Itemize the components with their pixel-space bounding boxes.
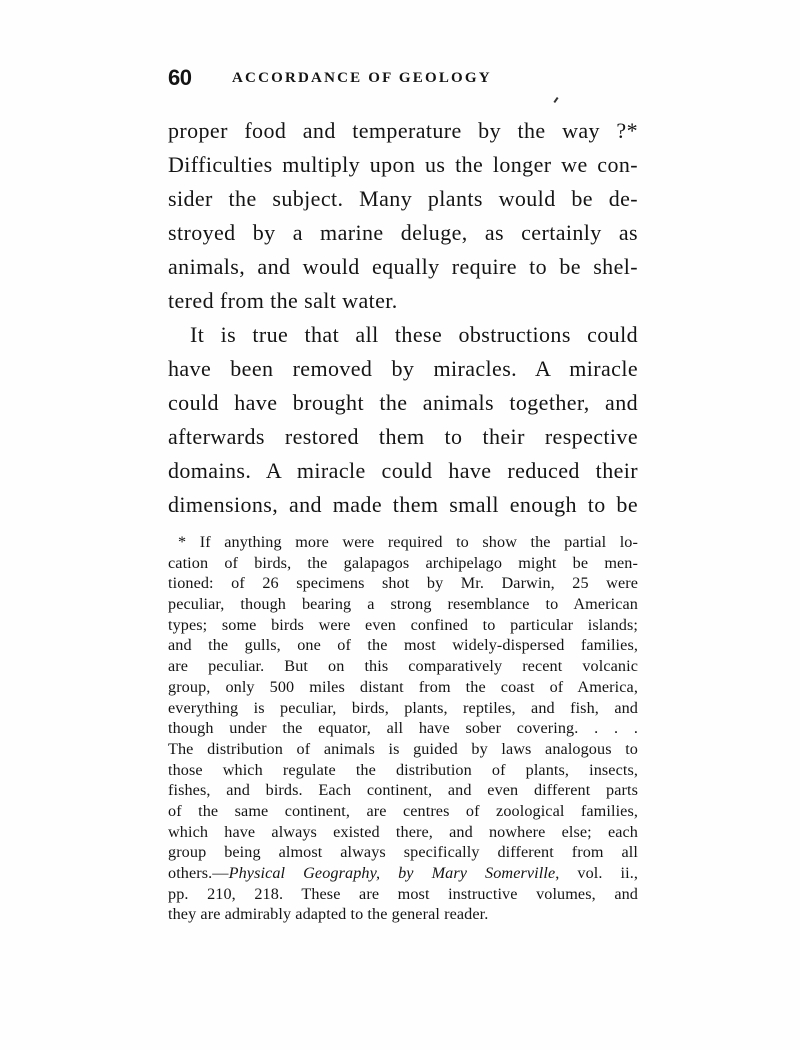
- footnote-line: they are admirably adapted to the genera…: [168, 904, 638, 925]
- footnote-line: group, only 500 miles distant from the c…: [168, 677, 638, 698]
- footnote-line: group being almost always specifically d…: [168, 842, 638, 863]
- text-line: stroyed by a marine deluge, as certainly…: [168, 216, 638, 250]
- footnote-line: pp. 210, 218. These are most instructive…: [168, 884, 638, 905]
- footnote-line: those which regulate the distribution of…: [168, 760, 638, 781]
- footnote-citation-line: others.—Physical Geography, by Mary Some…: [168, 863, 638, 884]
- text-line: domains. A miracle could have reduced th…: [168, 454, 638, 488]
- citation-book-title: Physical Geography: [229, 864, 376, 882]
- footnote-line: though under the equator, all have sober…: [168, 718, 638, 739]
- footnote-line: are peculiar. But on this comparatively …: [168, 656, 638, 677]
- footnote-line: everything is peculiar, birds, plants, r…: [168, 698, 638, 719]
- footnote-line: which have always existed there, and now…: [168, 822, 638, 843]
- text-line: have been removed by miracles. A miracle: [168, 352, 638, 386]
- footnote-line: fishes, and birds. Each continent, and e…: [168, 780, 638, 801]
- page-number: 60: [168, 64, 191, 92]
- running-title: ACCORDANCE OF GEOLOGY: [232, 67, 492, 89]
- running-head: 60 ACCORDANCE OF GEOLOGY: [168, 64, 638, 92]
- text-line: could have brought the animals together,…: [168, 386, 638, 420]
- footnote-line: and the gulls, one of the most widely-di…: [168, 635, 638, 656]
- text-line: afterwards restored them to their respec…: [168, 420, 638, 454]
- text-line: It is true that all these obstructions c…: [168, 318, 638, 352]
- footnote-line: * If anything more were required to show…: [168, 532, 638, 553]
- footnote-line: tioned: of 26 specimens shot by Mr. Darw…: [168, 573, 638, 594]
- footnote-line: types; some birds were even confined to …: [168, 615, 638, 636]
- citation-prefix: others.—: [168, 864, 229, 882]
- text-line: dimensions, and made them small enough t…: [168, 488, 638, 522]
- footnote-line: The distribution of animals is guided by…: [168, 739, 638, 760]
- citation-author: Mary Somerville: [432, 864, 556, 882]
- footnote-line: cation of birds, the galapagos archipela…: [168, 553, 638, 574]
- footnote-line: of the same continent, are centres of zo…: [168, 801, 638, 822]
- text-line: Difficulties multiply upon us the longer…: [168, 148, 638, 182]
- main-text: proper food and temperature by the way ?…: [168, 114, 638, 522]
- citation-by: , by: [376, 864, 432, 882]
- text-line: sider the subject. Many plants would be …: [168, 182, 638, 216]
- book-page: 60 ACCORDANCE OF GEOLOGY proper food and…: [0, 0, 800, 1050]
- text-line: animals, and would equally require to be…: [168, 250, 638, 284]
- scan-speck: [553, 97, 558, 103]
- citation-suffix: , vol. ii.,: [555, 864, 638, 882]
- text-line: tered from the salt water.: [168, 284, 638, 318]
- text-line: proper food and temperature by the way ?…: [168, 114, 638, 148]
- footnote-line: peculiar, though bearing a strong resemb…: [168, 594, 638, 615]
- footnote: * If anything more were required to show…: [168, 532, 638, 925]
